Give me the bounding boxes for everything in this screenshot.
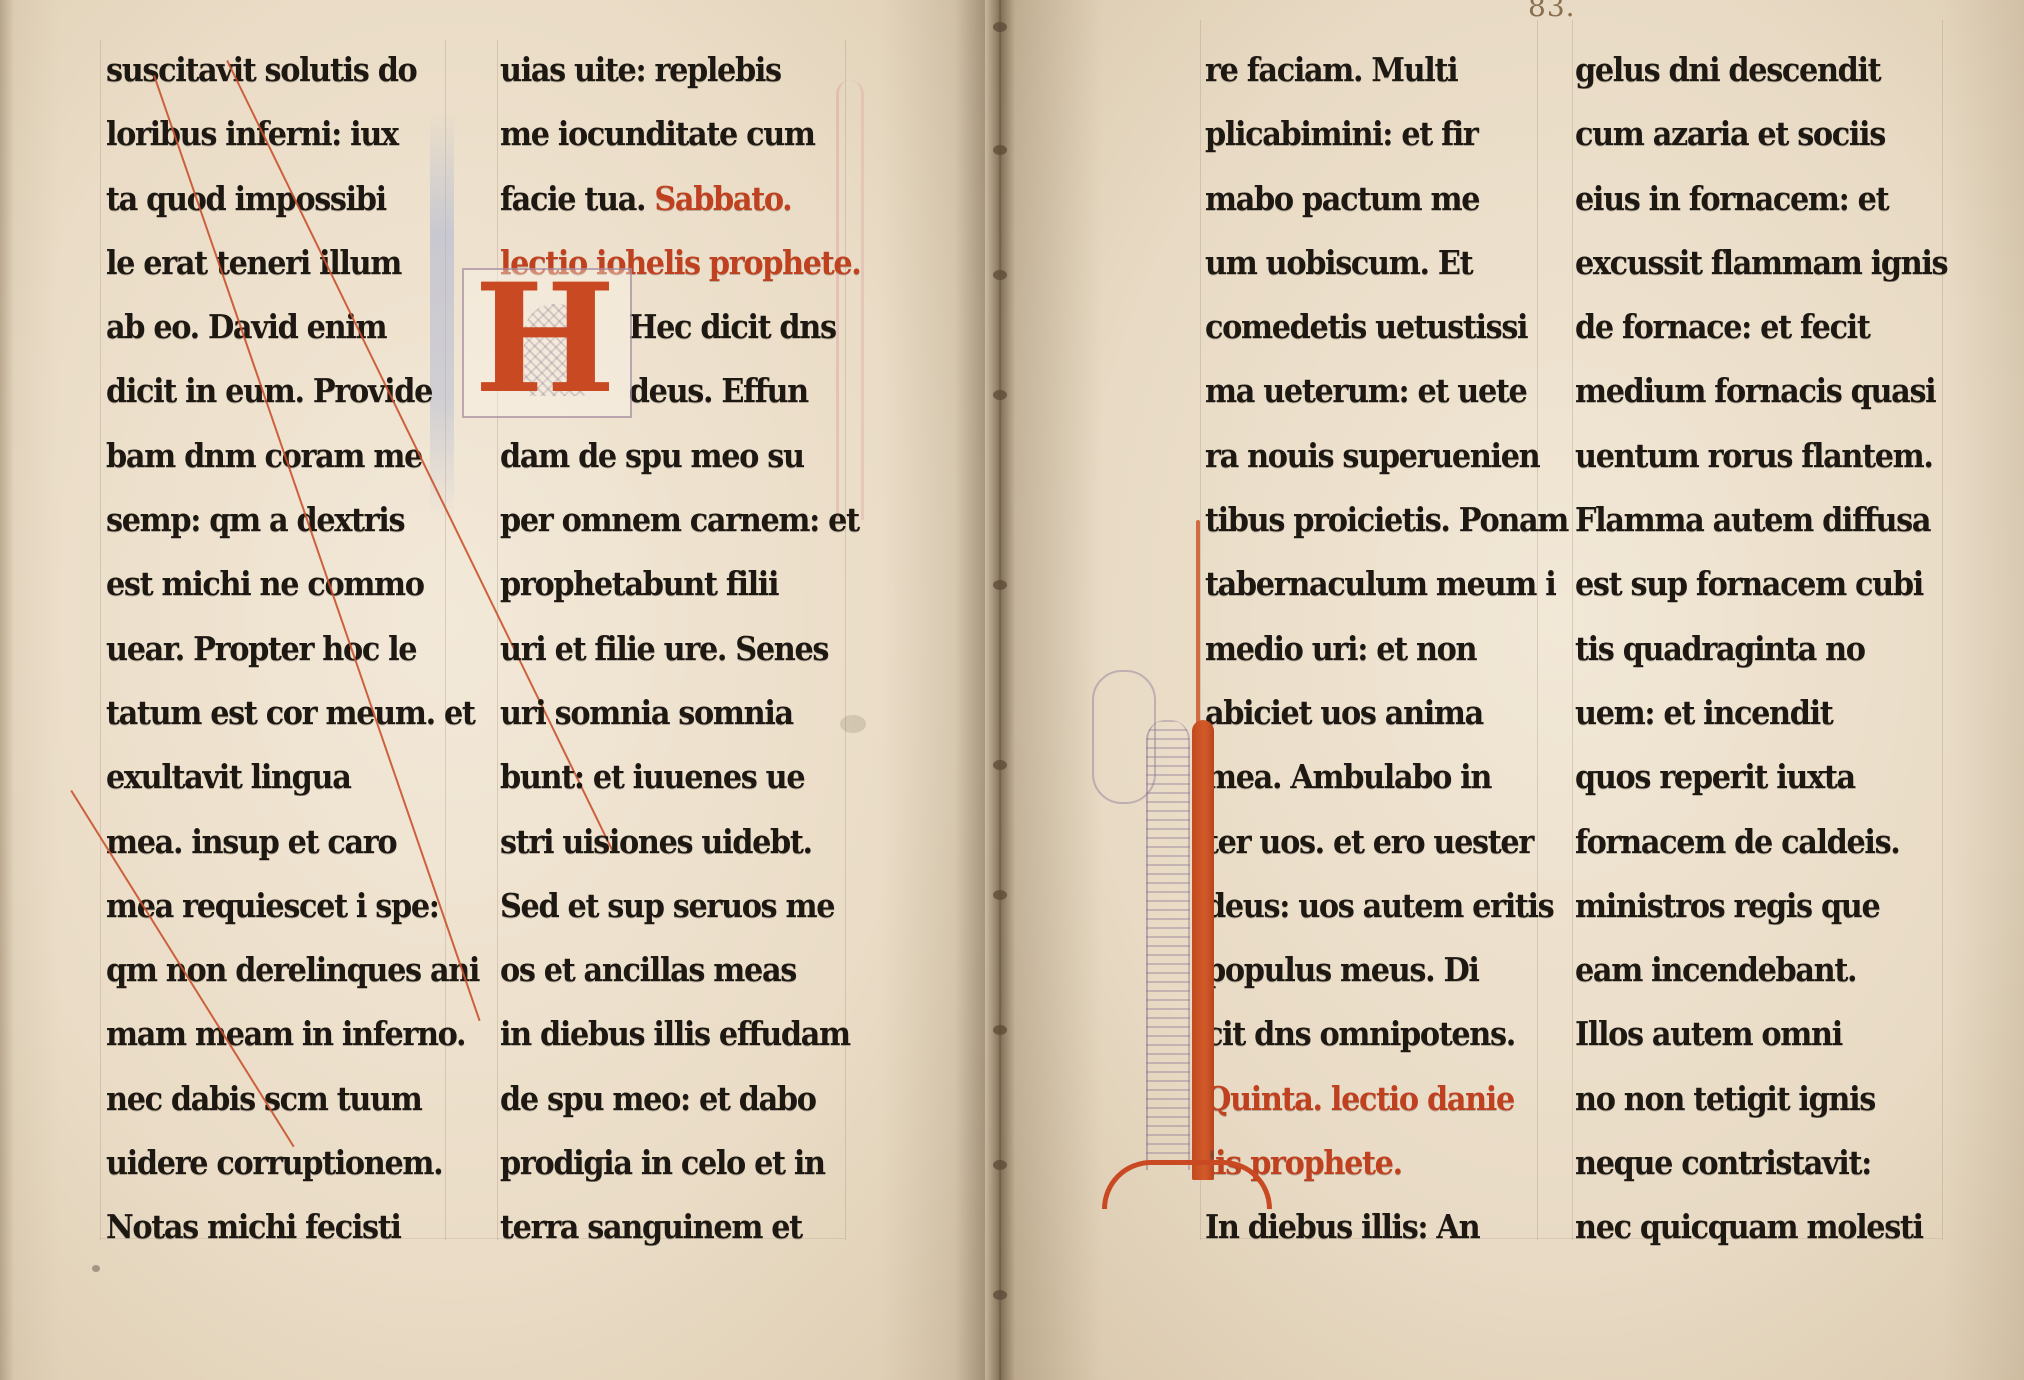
text-line: loribus inferni: iux bbox=[106, 102, 428, 166]
text-line: excussit flammam ignis bbox=[1575, 231, 1925, 295]
text-line: facie tua. Sabbato. bbox=[500, 167, 822, 231]
text-line: exultavit lingua bbox=[106, 745, 428, 809]
text-line: ra nouis superuenien bbox=[1205, 424, 1527, 488]
text-fragment: facie tua. bbox=[500, 179, 654, 218]
text-line: in diebus illis effudam bbox=[500, 1002, 822, 1066]
text-line: mea requiescet i spe: bbox=[106, 874, 428, 938]
text-line: uem: et incendit bbox=[1575, 681, 1925, 745]
parchment-stain bbox=[840, 715, 866, 733]
ruling-line bbox=[100, 40, 101, 1240]
text-line: gelus dni descendit bbox=[1575, 38, 1925, 102]
decorated-initial-h: H bbox=[462, 268, 632, 418]
folio-number: 83. bbox=[1528, 0, 1576, 23]
text-line: uear. Propter hoc le bbox=[106, 617, 428, 681]
binding-stitch bbox=[993, 1290, 1007, 1300]
text-line: uri et filie ure. Senes bbox=[500, 617, 822, 681]
text-line: Flamma autem diffusa bbox=[1575, 488, 1925, 552]
parchment-stain bbox=[92, 1265, 100, 1272]
binding-stitch bbox=[993, 270, 1007, 280]
initial-penwork bbox=[1146, 720, 1190, 1170]
text-line: ab eo. David enim bbox=[106, 295, 428, 359]
rubric-text: Sabbato. bbox=[654, 179, 791, 218]
text-column-4: gelus dni descendit cum azaria et sociis… bbox=[1575, 38, 1955, 1260]
text-line: mea. insup et caro bbox=[106, 810, 428, 874]
binding-stitch bbox=[993, 890, 1007, 900]
text-line: semp: qm a dextris bbox=[106, 488, 428, 552]
text-line: medio uri: et non bbox=[1205, 617, 1527, 681]
binding-stitch bbox=[993, 1025, 1007, 1035]
text-line: de spu meo: et dabo bbox=[500, 1067, 822, 1131]
text-line: dicit in eum. Provide bbox=[106, 359, 428, 423]
text-line: quos reperit iuxta bbox=[1575, 745, 1925, 809]
text-line: de fornace: et fecit bbox=[1575, 295, 1925, 359]
text-line: abiciet uos anima bbox=[1205, 681, 1527, 745]
initial-stem-hairline bbox=[1196, 520, 1200, 730]
left-page-inner-shadow bbox=[955, 0, 985, 1380]
text-line: uias uite: replebis bbox=[500, 38, 822, 102]
text-line: uri somnia somnia bbox=[500, 681, 822, 745]
text-line: dam de spu meo su bbox=[500, 424, 822, 488]
text-line: plicabimini: et fir bbox=[1205, 102, 1527, 166]
binding-gutter bbox=[985, 0, 1015, 1380]
binding-stitch bbox=[993, 760, 1007, 770]
text-line: cum azaria et sociis bbox=[1575, 102, 1925, 166]
text-line: le erat teneri illum bbox=[106, 231, 428, 295]
text-line: mam meam in inferno. bbox=[106, 1002, 428, 1066]
text-column-3: re faciam. Multi plicabimini: et fir mab… bbox=[1205, 38, 1555, 1260]
left-page-edge bbox=[0, 0, 14, 1380]
initial-letter: H bbox=[474, 254, 616, 424]
text-line: populus meus. Di bbox=[1205, 938, 1527, 1002]
binding-stitch bbox=[993, 145, 1007, 155]
text-line: ma ueterum: et uete bbox=[1205, 359, 1527, 423]
text-line: mea. Ambulabo in bbox=[1205, 745, 1527, 809]
text-line: per omnem carnem: et bbox=[500, 488, 822, 552]
text-line: prophetabunt filii bbox=[500, 552, 822, 616]
text-line: suscitavit solutis do bbox=[106, 38, 428, 102]
text-line: eam incendebant. bbox=[1575, 938, 1925, 1002]
text-line: me iocunditate cum bbox=[500, 102, 822, 166]
text-line: Sed et sup seruos me bbox=[500, 874, 822, 938]
text-line: fornacem de caldeis. bbox=[1575, 810, 1925, 874]
text-column-1: suscitavit solutis do loribus inferni: i… bbox=[106, 38, 456, 1260]
text-line: prodigia in celo et in bbox=[500, 1131, 822, 1195]
binding-stitch bbox=[993, 580, 1007, 590]
text-line: tibus proicietis. Ponam bbox=[1205, 488, 1527, 552]
text-line: um uobiscum. Et bbox=[1205, 231, 1527, 295]
text-column-2: uias uite: replebis me iocunditate cum f… bbox=[500, 38, 850, 1260]
text-line: bam dnm coram me bbox=[106, 424, 428, 488]
text-line: est michi ne commo bbox=[106, 552, 428, 616]
text-line: terra sanguinem et bbox=[500, 1195, 822, 1259]
text-line: uidere corruptionem. bbox=[106, 1131, 428, 1195]
text-line: nec dabis scm tuum bbox=[106, 1067, 428, 1131]
text-line: tabernaculum meum i bbox=[1205, 552, 1527, 616]
ruling-line bbox=[497, 40, 498, 1240]
text-line: Illos autem omni bbox=[1575, 1002, 1925, 1066]
binding-stitch bbox=[993, 22, 1007, 32]
decorated-initial-i bbox=[1092, 520, 1212, 1240]
text-line: os et ancillas meas bbox=[500, 938, 822, 1002]
text-line: nec quicquam molesti bbox=[1575, 1195, 1925, 1259]
parchment-stain bbox=[597, 1160, 602, 1169]
text-line: re faciam. Multi bbox=[1205, 38, 1527, 102]
text-line: comedetis uetustissi bbox=[1205, 295, 1527, 359]
text-line: uentum rorus flantem. bbox=[1575, 424, 1925, 488]
text-line: mabo pactum me bbox=[1205, 167, 1527, 231]
binding-stitch bbox=[993, 1160, 1007, 1170]
text-line: medium fornacis quasi bbox=[1575, 359, 1925, 423]
text-line: neque contristavit: bbox=[1575, 1131, 1925, 1195]
parchment-stain bbox=[1210, 1150, 1214, 1160]
text-line: ta quod impossibi bbox=[106, 167, 428, 231]
binding-stitch bbox=[993, 390, 1007, 400]
initial-foot bbox=[1102, 1160, 1272, 1209]
ruling-line bbox=[1572, 20, 1573, 1240]
text-line: ter uos. et ero uester bbox=[1205, 810, 1527, 874]
text-line: est sup fornacem cubi bbox=[1575, 552, 1925, 616]
text-line: deus: uos autem eritis bbox=[1205, 874, 1527, 938]
text-line: ministros regis que bbox=[1575, 874, 1925, 938]
text-line: Notas michi fecisti bbox=[106, 1195, 428, 1259]
rubric-line: Quinta. lectio danie bbox=[1205, 1067, 1527, 1131]
text-line: eius in fornacem: et bbox=[1575, 167, 1925, 231]
text-line: tis quadraginta no bbox=[1575, 617, 1925, 681]
text-line: qm non derelinques ani bbox=[106, 938, 428, 1002]
initial-stem bbox=[1192, 720, 1214, 1180]
manuscript-spread: 83. suscitavit solutis do loribus infern… bbox=[0, 0, 2024, 1380]
text-line: no non tetigit ignis bbox=[1575, 1067, 1925, 1131]
text-line: cit dns omnipotens. bbox=[1205, 1002, 1527, 1066]
text-line: bunt: et iuuenes ue bbox=[500, 745, 822, 809]
text-line: stri uisiones uidebt. bbox=[500, 810, 822, 874]
